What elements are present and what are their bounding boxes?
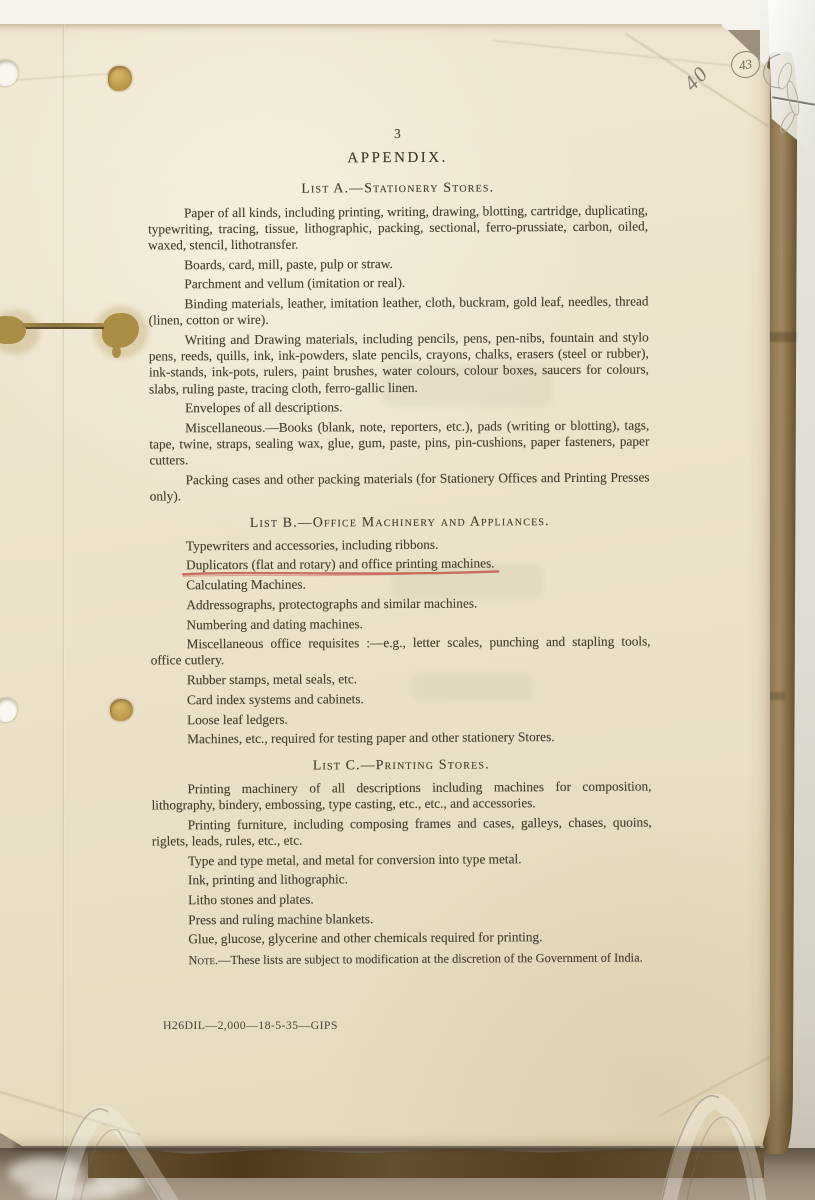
tear-line	[26, 327, 104, 329]
list-item: Ink, printing and lithographic.	[152, 870, 652, 889]
list-item: Calculating Machines.	[150, 575, 650, 594]
list-item: Printing machinery of all descriptions i…	[151, 778, 651, 813]
list-item-red-underlined: Duplicators (flat and rotary) and office…	[150, 555, 650, 574]
pencil-number: 40	[679, 61, 714, 96]
folio-number-circle: 43	[729, 49, 762, 81]
list-item: Machines, etc., required for testing pap…	[151, 729, 651, 748]
list-item: Typewriters and accessories, including r…	[150, 535, 650, 554]
folio-number: 43	[738, 55, 754, 73]
ink-stain	[112, 346, 121, 358]
punch-hole	[108, 66, 132, 91]
printer-imprint: H26DIL—2,000—18-5-35—GIPS	[163, 1018, 338, 1033]
list-item: Loose leaf ledgers.	[151, 709, 651, 728]
list-item: Litho stones and plates.	[152, 889, 652, 908]
reflection-blob	[24, 1182, 119, 1200]
punch-hole	[0, 60, 18, 86]
page-number: 3	[147, 124, 647, 143]
list-item: Numbering and dating machines.	[150, 614, 650, 633]
list-item: Card index systems and cabinets.	[151, 689, 651, 708]
note-text: —These lists are subject to modification…	[218, 950, 643, 967]
section-heading: List B.—Office Machinery and Appliances.	[150, 512, 650, 531]
list-item: Parchment and vellum (imitation or real)…	[148, 274, 648, 293]
document-sections: List A.—Stationery Stores.Paper of all k…	[148, 179, 653, 948]
document-text: 3 APPENDIX. List A.—Stationery Stores.Pa…	[147, 124, 652, 968]
list-item: Writing and Drawing materials, including…	[149, 330, 649, 398]
punch-hole	[0, 698, 17, 722]
vertical-fold-crease	[62, 24, 65, 1146]
list-item: Addressographs, protectographs and simil…	[150, 594, 650, 613]
list-item: Envelopes of all descriptions.	[149, 398, 649, 417]
section-heading: List A.—Stationery Stores.	[148, 179, 648, 198]
top-left-crease	[0, 72, 120, 82]
scanned-document-view: 43 40 3 APPENDIX. List A.—Stationery Sto…	[0, 0, 815, 1200]
list-item: Type and type metal, and metal for conve…	[152, 850, 652, 869]
bottom-right-crease	[659, 1054, 774, 1116]
document-page: 43 40 3 APPENDIX. List A.—Stationery Sto…	[0, 24, 770, 1146]
list-item: Glue, glucose, glycerine and other chemi…	[152, 929, 652, 948]
list-item: Boards, card, mill, paste, pulp or straw…	[148, 254, 648, 273]
list-item: Miscellaneous.—Books (blank, note, repor…	[149, 418, 649, 470]
list-item: Binding materials, leather, imitation le…	[148, 294, 648, 329]
list-item: Printing furniture, including composing …	[152, 814, 652, 849]
list-item: Press and ruling machine blankets.	[152, 909, 652, 928]
document-title: APPENDIX.	[148, 149, 648, 168]
list-item: Packing cases and other packing material…	[150, 470, 650, 505]
list-item: Rubber stamps, metal seals, etc.	[151, 670, 651, 689]
note-label: Note.	[188, 953, 218, 967]
list-item: Paper of all kinds, including printing, …	[148, 202, 648, 254]
note-line: Note.—These lists are subject to modific…	[152, 949, 652, 968]
bottom-left-crease	[0, 1090, 141, 1135]
section-heading: List C.—Printing Stores.	[151, 755, 651, 774]
punch-hole	[110, 699, 133, 721]
list-item: Miscellaneous office requisites :—e.g., …	[151, 634, 651, 669]
